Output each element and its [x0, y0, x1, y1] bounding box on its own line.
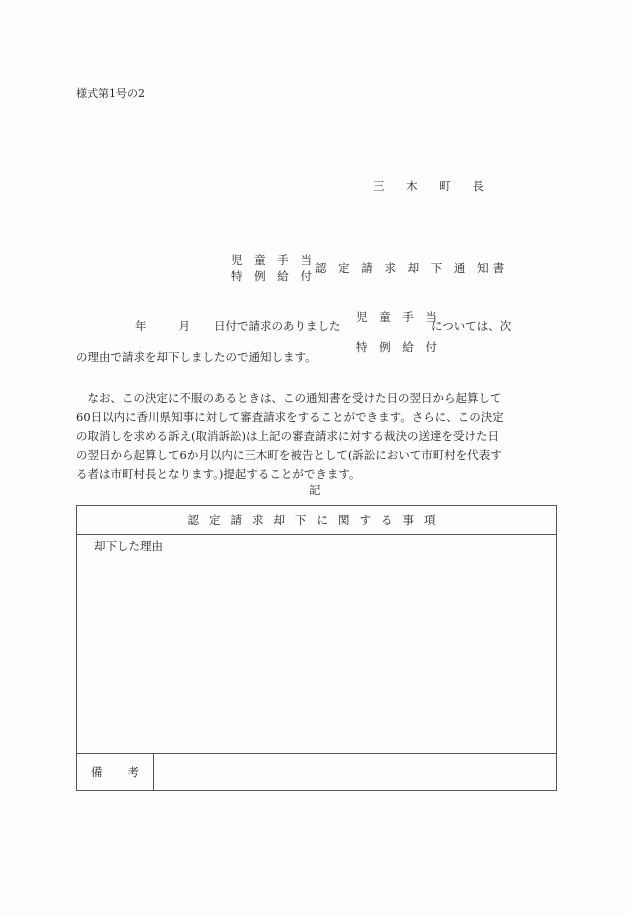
- paragraph-benefit-type: 児 童 手 当 特 例 給 付: [356, 302, 441, 362]
- paragraph-benefit-line1: 児 童 手 当: [356, 302, 441, 332]
- remarks-label-right: 考: [128, 764, 140, 780]
- ki-marker: 記: [309, 482, 321, 498]
- title-main: 認 定 請 求 却 下 通 知書: [315, 260, 508, 276]
- appeal-line: の取消しを求める訴え(取消訴訟)は上記の審査請求に対する裁決の送達を受けた日: [76, 427, 556, 446]
- remarks-label-left: 備: [91, 764, 103, 780]
- request-date-line: 年月日付で請求のありました: [135, 318, 341, 334]
- year-label: 年: [135, 318, 147, 334]
- appeal-notice-paragraph: なお、この決定に不服のあるときは、この通知書を受けた日の翌日から起算して 60日…: [76, 389, 556, 484]
- paragraph-line2: の理由で請求を却下しましたので通知します。: [76, 349, 317, 365]
- title-benefit-line1: 児 童 手 当: [231, 252, 316, 268]
- paragraph-benefit-line2: 特 例 給 付: [356, 332, 441, 362]
- paragraph-tail: については、次: [431, 318, 511, 334]
- table-header-row: 認定請求却下に関する事項: [77, 506, 557, 535]
- table-header: 認定請求却下に関する事項: [77, 506, 557, 535]
- issuer-name: 三 木 町 長: [373, 178, 493, 194]
- month-label: 月: [179, 318, 191, 334]
- appeal-line: の翌日から起算して6か月以内に三木町を被告として(訴訟において市町村を代表す: [76, 446, 556, 465]
- form-number: 様式第1号の2: [76, 85, 145, 101]
- date-suffix: 日付で請求のありました: [214, 318, 341, 334]
- title-benefit-type: 児 童 手 当 特 例 給 付: [231, 252, 316, 284]
- appeal-line: なお、この決定に不服のあるときは、この通知書を受けた日の翌日から起算して: [76, 389, 556, 408]
- reason-label: 却下した理由: [77, 535, 556, 554]
- remarks-label-cell: 備 考: [77, 754, 154, 791]
- appeal-line: 60日以内に香川県知事に対して審査請求をすることができます。さらに、この決定: [76, 408, 556, 427]
- remarks-row: 備 考: [77, 754, 557, 791]
- rejection-matters-table: 認定請求却下に関する事項 却下した理由 備 考: [76, 505, 557, 791]
- reason-cell[interactable]: 却下した理由: [77, 535, 557, 754]
- notice-document: 様式第1号の2 三 木 町 長 児 童 手 当 特 例 給 付 認 定 請 求 …: [0, 0, 630, 915]
- remarks-value-cell[interactable]: [154, 754, 557, 791]
- reason-row: 却下した理由: [77, 535, 557, 754]
- title-benefit-line2: 特 例 給 付: [231, 268, 316, 284]
